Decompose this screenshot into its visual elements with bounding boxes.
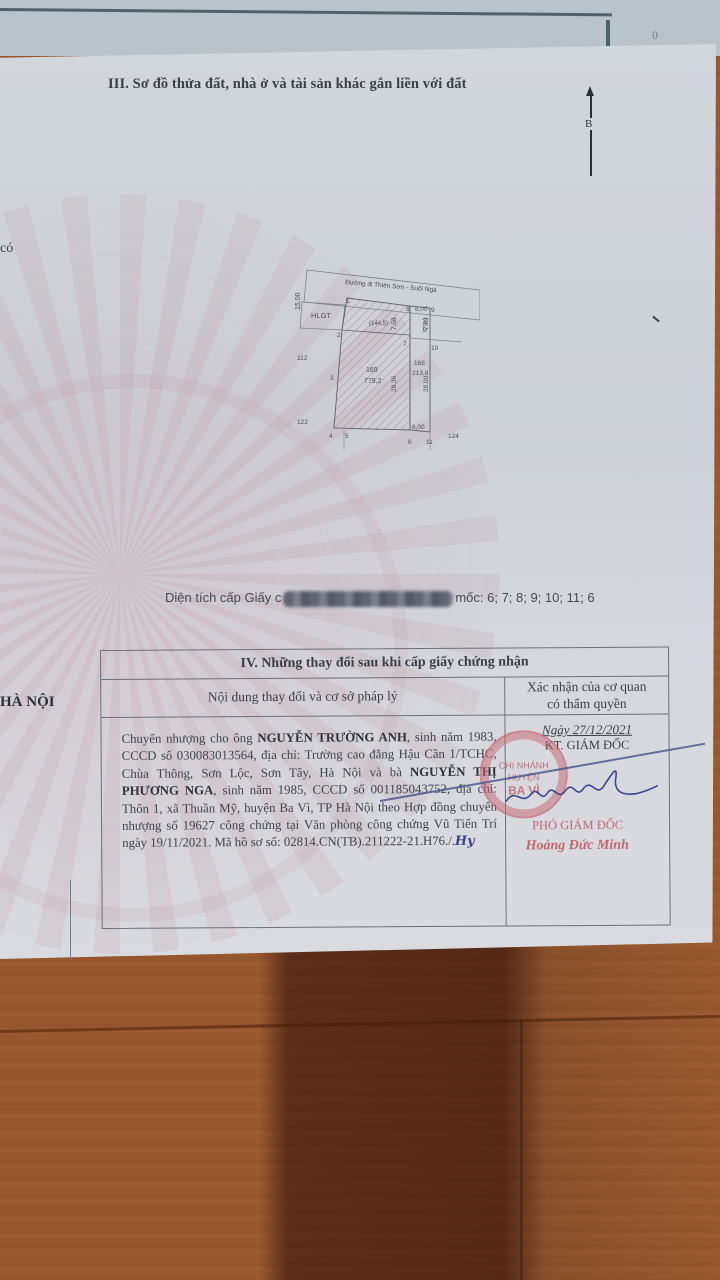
neighbor-parcel: 124	[448, 433, 459, 440]
table-seam	[520, 1020, 523, 1280]
back-page-border	[606, 20, 610, 48]
point-label: 9	[431, 307, 435, 314]
parcel-area: 779,2	[364, 378, 382, 385]
changes-table: IV. Những thay đổi sau khi cấp giấy chứn…	[100, 647, 671, 929]
page-fold	[70, 880, 71, 960]
margin-fragment: HÀ NỘI	[0, 694, 55, 711]
parcel-number: 168	[414, 360, 425, 367]
neighbor-parcel: 122	[297, 419, 308, 426]
dimension-label: 7,63	[423, 317, 430, 330]
dimension-label: 28,00	[423, 375, 430, 392]
point-label: 6	[408, 439, 412, 446]
dimension-label: 28,36	[391, 375, 398, 392]
section-iv-title: IV. Những thay đổi sau khi cấp giấy chứn…	[101, 648, 668, 680]
column-header-confirmation: Xác nhận của cơ quan có thẩm quyền	[505, 678, 668, 713]
point-label: 1	[346, 298, 350, 305]
dimension-label: 6,00	[415, 306, 428, 313]
back-page-mark: 0	[652, 28, 658, 43]
point-label: 7	[403, 341, 407, 348]
point-label: 8	[406, 306, 410, 313]
handwritten-initials: Hy	[455, 834, 475, 849]
confirmation-cell: Ngày 27/12/2021 KT. GIÁM ĐỐC CHI NHÁNH H…	[505, 716, 669, 922]
area-statement-prefix: Diện tích cấp Giấy c	[165, 590, 281, 605]
parcel-number: 169	[366, 367, 378, 374]
north-letter: B	[585, 118, 592, 130]
header-line: có thẩm quyền	[505, 695, 668, 713]
section-iii-title: III. Sơ đồ thửa đất, nhà ở và tài sản kh…	[108, 76, 467, 93]
margin-fragment: có	[0, 241, 13, 257]
north-arrow-icon: B	[584, 86, 598, 178]
dimension-label: 7,58	[391, 317, 398, 330]
point-label: 5	[345, 433, 349, 440]
header-line: Xác nhận của cơ quan	[505, 678, 668, 696]
land-plot-diagram: Đường đi Thiên Sơn - Suối Ngà 15,00 HLGT…	[290, 260, 480, 450]
back-page-border	[0, 8, 612, 16]
dimension-label: 15,00	[295, 292, 302, 310]
point-label: 2	[337, 332, 341, 339]
redacted-region	[283, 591, 453, 607]
area-statement: Diện tích cấp Giấy cmốc: 6; 7; 8; 9; 10;…	[165, 590, 595, 607]
signer-role-secondary: PHÓ GIÁM ĐỐC	[496, 818, 659, 834]
point-label: 10	[431, 345, 439, 352]
dimension-label: 6,00	[412, 424, 425, 431]
area-statement-suffix: mốc: 6; 7; 8; 9; 10; 11; 6	[455, 590, 594, 605]
content-text: Chuyển nhượng cho ông	[122, 731, 258, 746]
neighbor-parcel: 112	[297, 355, 308, 362]
point-label: 11	[426, 439, 433, 446]
column-header-changes: Nội dung thay đổi và cơ sở pháp lý	[101, 677, 504, 717]
zone-label: HLGT	[311, 311, 331, 320]
signer-name: Hoàng Đức Minh	[492, 838, 662, 855]
point-label: 4	[329, 433, 333, 440]
point-label: 3	[330, 375, 334, 382]
corridor-area: (144,5)	[369, 321, 388, 327]
transferee-name: NGUYỄN TRƯỜNG ANH	[257, 730, 407, 745]
